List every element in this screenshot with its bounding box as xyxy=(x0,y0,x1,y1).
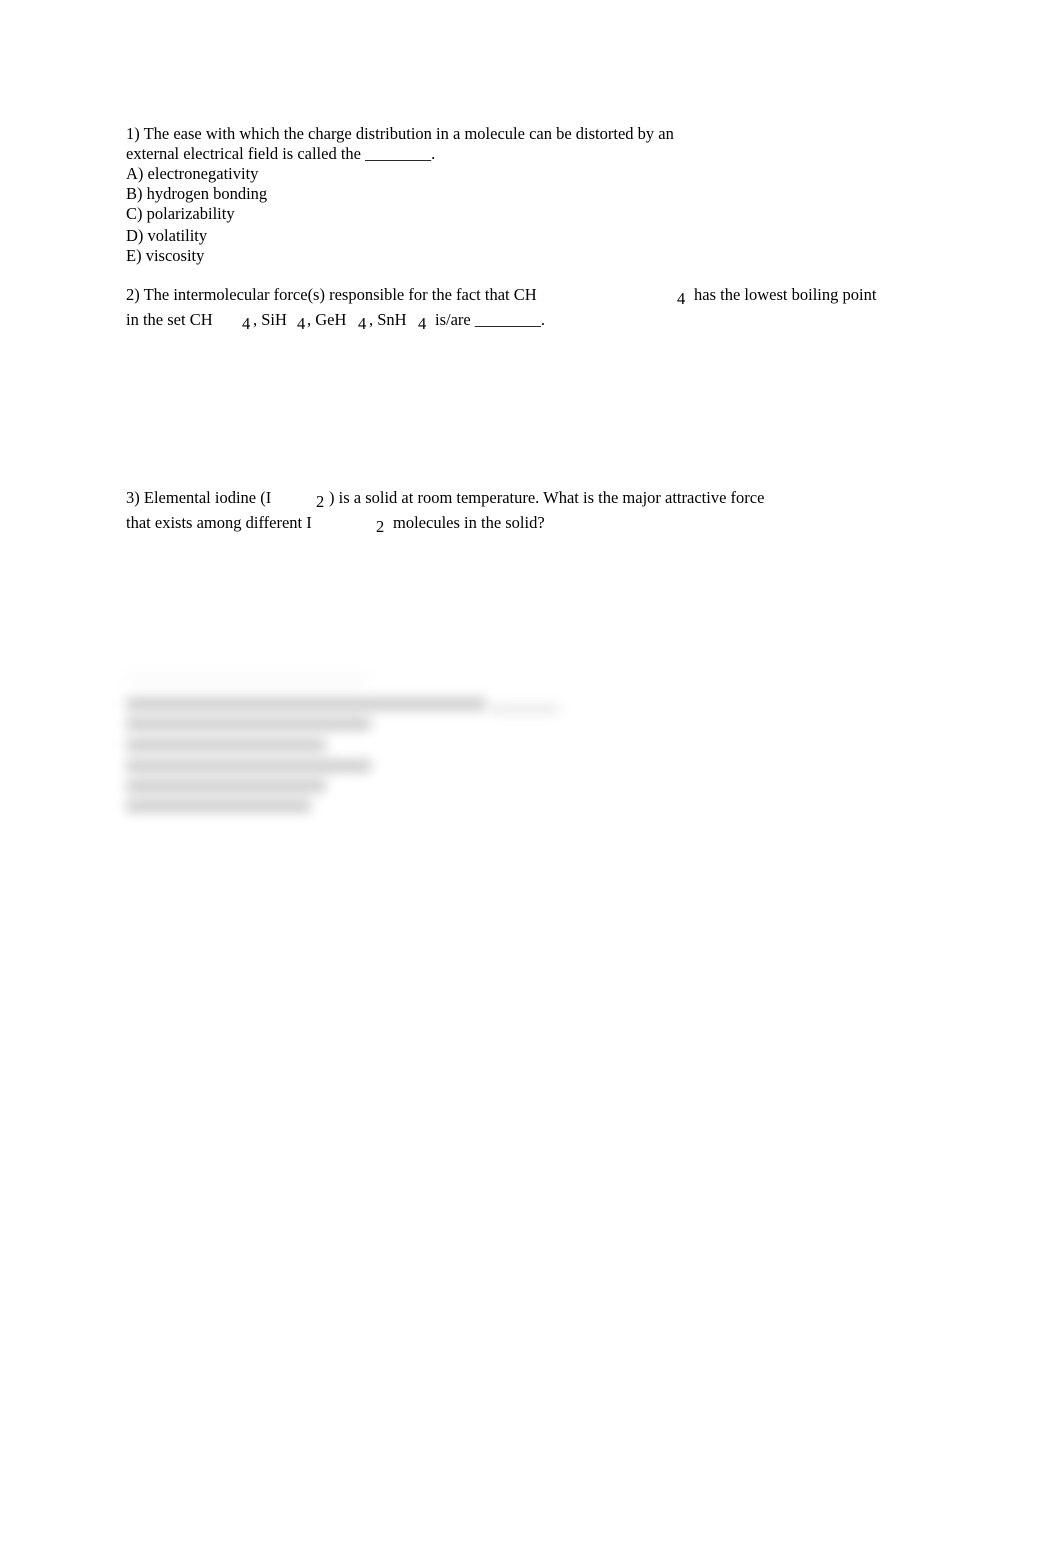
question-2-line-2-part-5: is/are ________. xyxy=(435,310,545,330)
blurred-line xyxy=(126,698,486,710)
blurred-line xyxy=(126,718,371,730)
question-2-line-2-part-4: , SnH xyxy=(369,310,407,330)
question-2-line-2-sub-1: 4 xyxy=(242,314,250,334)
question-2-line-2-part-2: , SiH xyxy=(253,310,287,330)
question-1-option-a: A) electronegativity xyxy=(126,164,258,184)
document-page: 1) The ease with which the charge distri… xyxy=(0,0,1062,1556)
question-3-subscript-2: 2 xyxy=(376,517,384,537)
question-1-text-line-2: external electrical field is called the … xyxy=(126,144,435,164)
question-2-subscript: 4 xyxy=(677,289,685,309)
question-2-line-2-part-3: , GeH xyxy=(307,310,346,330)
blurred-content-preview xyxy=(120,676,580,821)
question-2-line-2-part-1: in the set CH xyxy=(126,310,213,330)
question-2-text-line-1-rest: has the lowest boiling point xyxy=(694,285,876,305)
question-3-text-line-1-rest: ) is a solid at room temperature. What i… xyxy=(329,488,764,508)
question-1-text-line-1: 1) The ease with which the charge distri… xyxy=(126,124,674,144)
blurred-line xyxy=(126,760,371,772)
question-2-line-2-sub-4: 4 xyxy=(418,314,426,334)
question-3-text-line-1: 3) Elemental iodine (I xyxy=(126,488,271,508)
blurred-divider xyxy=(124,678,369,680)
question-2-text-line-1: 2) The intermolecular force(s) responsib… xyxy=(126,285,537,305)
question-3-text-line-2-rest: molecules in the solid? xyxy=(393,513,545,533)
question-1-option-e: E) viscosity xyxy=(126,246,204,266)
question-3-subscript-1: 2 xyxy=(316,492,324,512)
blurred-line xyxy=(490,706,560,712)
question-3-text-line-2: that exists among different I xyxy=(126,513,312,533)
question-1-option-b: B) hydrogen bonding xyxy=(126,184,267,204)
question-2-line-2-sub-2: 4 xyxy=(297,314,305,334)
question-2-line-2-sub-3: 4 xyxy=(358,314,366,334)
question-1-option-d: D) volatility xyxy=(126,226,207,246)
blurred-line xyxy=(126,739,326,751)
question-1-option-c: C) polarizability xyxy=(126,204,235,224)
blurred-line xyxy=(126,800,311,812)
blurred-line xyxy=(126,780,326,792)
